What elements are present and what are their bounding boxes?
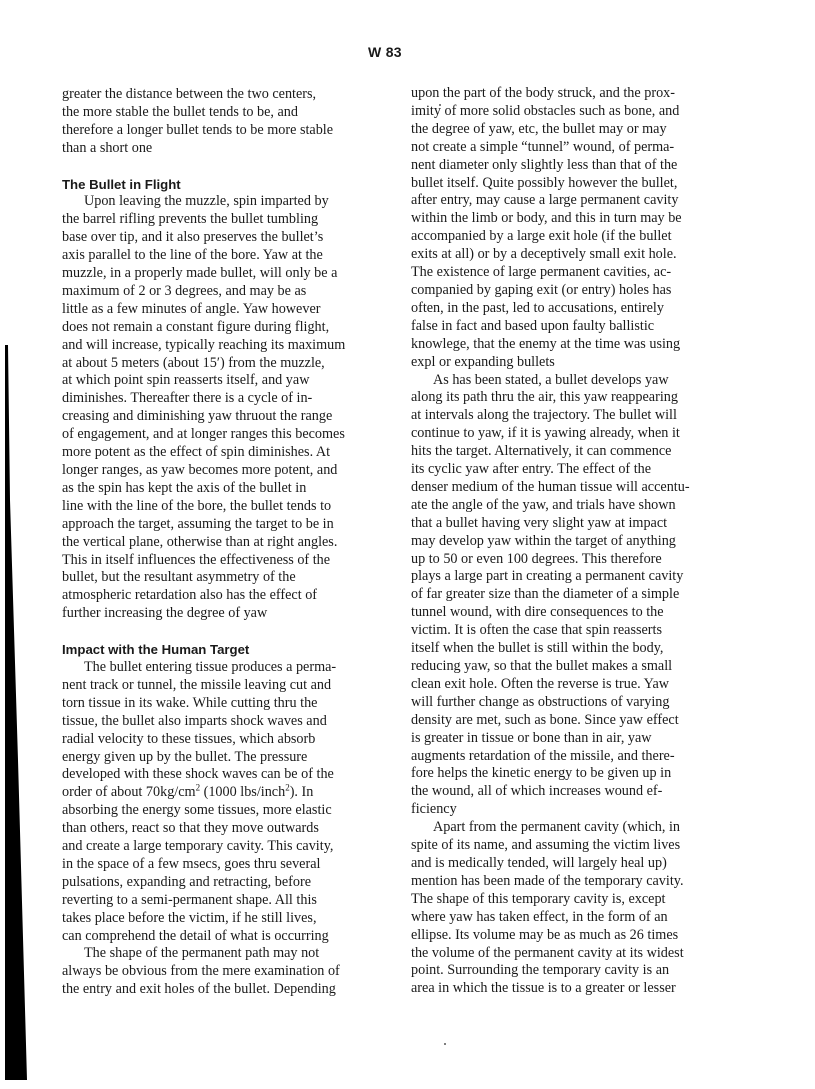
text-line: as the spin has kept the axis of the bul…: [62, 480, 367, 498]
text-line: the vertical plane, otherwise than at ri…: [62, 534, 367, 552]
text-line: torn tissue in its wake. While cutting t…: [62, 695, 367, 713]
text-line: The shape of the permanent path may not: [62, 945, 367, 963]
text-line: imity of more solid obstacles such as bo…: [411, 103, 723, 121]
text-line: that a bullet having very slight yaw at …: [411, 515, 723, 533]
text-line: the more stable the bullet tends to be, …: [62, 104, 367, 122]
text-line: than a short one: [62, 140, 367, 158]
text-line: The existence of large permanent cavitie…: [411, 264, 723, 282]
right-column: upon the part of the body struck, and th…: [411, 85, 723, 998]
text-line: the wound, all of which increases wound …: [411, 783, 723, 801]
left-column: greater the distance between the two cen…: [62, 86, 367, 999]
text-line: at which point spin reasserts itself, an…: [62, 372, 367, 390]
text-line: victim. It is often the case that spin r…: [411, 622, 723, 640]
paragraph-wound-types: upon the part of the body struck, and th…: [411, 85, 723, 372]
text-line: continue to yaw, if it is yawing already…: [411, 425, 723, 443]
text-line: Apart from the permanent cavity (which, …: [411, 819, 723, 837]
text-line: after entry, may cause a large permanent…: [411, 192, 723, 210]
text-line: clean exit hole. Often the reverse is tr…: [411, 676, 723, 694]
section-heading-impact: Impact with the Human Target: [62, 641, 367, 659]
text-line: more potent as the effect of spin dimini…: [62, 444, 367, 462]
text-line: in the space of a few msecs, goes thru s…: [62, 856, 367, 874]
text-line: nent diameter only slightly less than th…: [411, 157, 723, 175]
text-line: along its path thru the air, this yaw re…: [411, 389, 723, 407]
text-line: pulsations, expanding and retracting, be…: [62, 874, 367, 892]
text-line: greater the distance between the two cen…: [62, 86, 367, 104]
text-line: point. Surrounding the temporary cavity …: [411, 962, 723, 980]
text-line: hits the target. Alternatively, it can c…: [411, 443, 723, 461]
paragraph-permanent-path: The shape of the permanent path may nota…: [62, 945, 367, 999]
text-line: muzzle, in a properly made bullet, will …: [62, 265, 367, 283]
text-line: denser medium of the human tissue will a…: [411, 479, 723, 497]
text-line: radial velocity to these tissues, which …: [62, 731, 367, 749]
text-line: of engagement, and at longer ranges this…: [62, 426, 367, 444]
scan-speck: [439, 104, 441, 106]
text-line: maximum of 2 or 3 degrees, and may be as: [62, 283, 367, 301]
text-line: further increasing the degree of yaw: [62, 605, 367, 623]
text-line: at intervals along the trajectory. The b…: [411, 407, 723, 425]
text-line: upon the part of the body struck, and th…: [411, 85, 723, 103]
text-line: of far greater size than the diameter of…: [411, 586, 723, 604]
section-heading-bullet-in-flight: The Bullet in Flight: [62, 176, 367, 194]
text-line: will further change as obstructions of v…: [411, 694, 723, 712]
text-line: longer ranges, as yaw becomes more poten…: [62, 462, 367, 480]
text-line: knowlege, that the enemy at the time was…: [411, 336, 723, 354]
text-line: the volume of the permanent cavity at it…: [411, 945, 723, 963]
text-line: the barrel rifling prevents the bullet t…: [62, 211, 367, 229]
text-line: the degree of yaw, etc, the bullet may o…: [411, 121, 723, 139]
text-line: than others, react so that they move out…: [62, 820, 367, 838]
paragraph-impact: The bullet entering tissue produces a pe…: [62, 659, 367, 946]
text-line: within the limb or body, and this in tur…: [411, 210, 723, 228]
text-line: developed with these shock waves can be …: [62, 766, 367, 784]
text-line: nent track or tunnel, the missile leavin…: [62, 677, 367, 695]
text-line: reverting to a semi-permanent shape. All…: [62, 892, 367, 910]
text-line: expl or expanding bullets: [411, 354, 723, 372]
text-line: false in fact and based upon faulty ball…: [411, 318, 723, 336]
text-line: line with the line of the bore, the bull…: [62, 498, 367, 516]
text-line: therefore a longer bullet tends to be mo…: [62, 122, 367, 140]
text-line: base over tip, and it also preserves the…: [62, 229, 367, 247]
text-line: This in itself influences the effectiven…: [62, 552, 367, 570]
text-line: ate the angle of the yaw, and trials hav…: [411, 497, 723, 515]
text-line: creasing and diminishing yaw thruout the…: [62, 408, 367, 426]
text-line: where yaw has taken effect, in the form …: [411, 909, 723, 927]
text-line: its cyclic yaw after entry. The effect o…: [411, 461, 723, 479]
paragraph-temporary-cavity: Apart from the permanent cavity (which, …: [411, 819, 723, 998]
scan-speck: [444, 1043, 446, 1045]
text-line: augments retardation of the missile, and…: [411, 748, 723, 766]
text-line: and create a large temporary cavity. Thi…: [62, 838, 367, 856]
text-line: ellipse. Its volume may be as much as 26…: [411, 927, 723, 945]
text-line: exits at all) or by a deceptively small …: [411, 246, 723, 264]
text-line: bullet itself. Quite possibly however th…: [411, 175, 723, 193]
text-line: atmospheric retardation also has the eff…: [62, 587, 367, 605]
text-line: and will increase, typically reaching it…: [62, 337, 367, 355]
text-line: reducing yaw, so that the bullet makes a…: [411, 658, 723, 676]
text-line: spite of its name, and assuming the vict…: [411, 837, 723, 855]
text-line: The bullet entering tissue produces a pe…: [62, 659, 367, 677]
text-line: density are met, such as bone. Since yaw…: [411, 712, 723, 730]
text-line: approach the target, assuming the target…: [62, 516, 367, 534]
text-line: and is medically tended, will largely he…: [411, 855, 723, 873]
text-line: often, in the past, led to accusations, …: [411, 300, 723, 318]
page-number: W 83: [368, 44, 402, 60]
text-line: accompanied by a large exit hole (if the…: [411, 228, 723, 246]
text-line: is greater in tissue or bone than in air…: [411, 730, 723, 748]
text-line: ficiency: [411, 801, 723, 819]
paragraph-stability: greater the distance between the two cen…: [62, 86, 367, 158]
text-line: As has been stated, a bullet develops ya…: [411, 372, 723, 390]
text-line: may develop yaw within the target of any…: [411, 533, 723, 551]
text-line: the entry and exit holes of the bullet. …: [62, 981, 367, 999]
text-line: fore helps the kinetic energy to be give…: [411, 765, 723, 783]
text-line: takes place before the victim, if he sti…: [62, 910, 367, 928]
text-line: at about 5 meters (about 15′) from the m…: [62, 355, 367, 373]
text-line: mention has been made of the temporary c…: [411, 873, 723, 891]
text-line: itself when the bullet is still within t…: [411, 640, 723, 658]
text-line: axis parallel to the line of the bore. Y…: [62, 247, 367, 265]
text-line: not create a simple “tunnel” wound, of p…: [411, 139, 723, 157]
text-line: always be obvious from the mere examinat…: [62, 963, 367, 981]
text-line: energy given up by the bullet. The press…: [62, 749, 367, 767]
text-line: Upon leaving the muzzle, spin imparted b…: [62, 193, 367, 211]
text-line-pressure: order of about 70kg/cm2 (1000 lbs/inch2)…: [62, 784, 367, 802]
text-line: plays a large part in creating a permane…: [411, 568, 723, 586]
paragraph-flight: Upon leaving the muzzle, spin imparted b…: [62, 193, 367, 623]
text-line: The shape of this temporary cavity is, e…: [411, 891, 723, 909]
text-line: diminishes. Thereafter there is a cycle …: [62, 390, 367, 408]
text-line: companied by gaping exit (or entry) hole…: [411, 282, 723, 300]
text-line: does not remain a constant figure during…: [62, 319, 367, 337]
text-line: tunnel wound, with dire consequences to …: [411, 604, 723, 622]
text-line: tissue, the bullet also imparts shock wa…: [62, 713, 367, 731]
text-line: up to 50 or even 100 degrees. This there…: [411, 551, 723, 569]
text-line: area in which the tissue is to a greater…: [411, 980, 723, 998]
text-line: little as a few minutes of angle. Yaw ho…: [62, 301, 367, 319]
text-line: can comprehend the detail of what is occ…: [62, 928, 367, 946]
paragraph-yaw-in-tissue: As has been stated, a bullet develops ya…: [411, 372, 723, 820]
text-line: absorbing the energy some tissues, more …: [62, 802, 367, 820]
text-line: bullet, but the resultant asymmetry of t…: [62, 569, 367, 587]
